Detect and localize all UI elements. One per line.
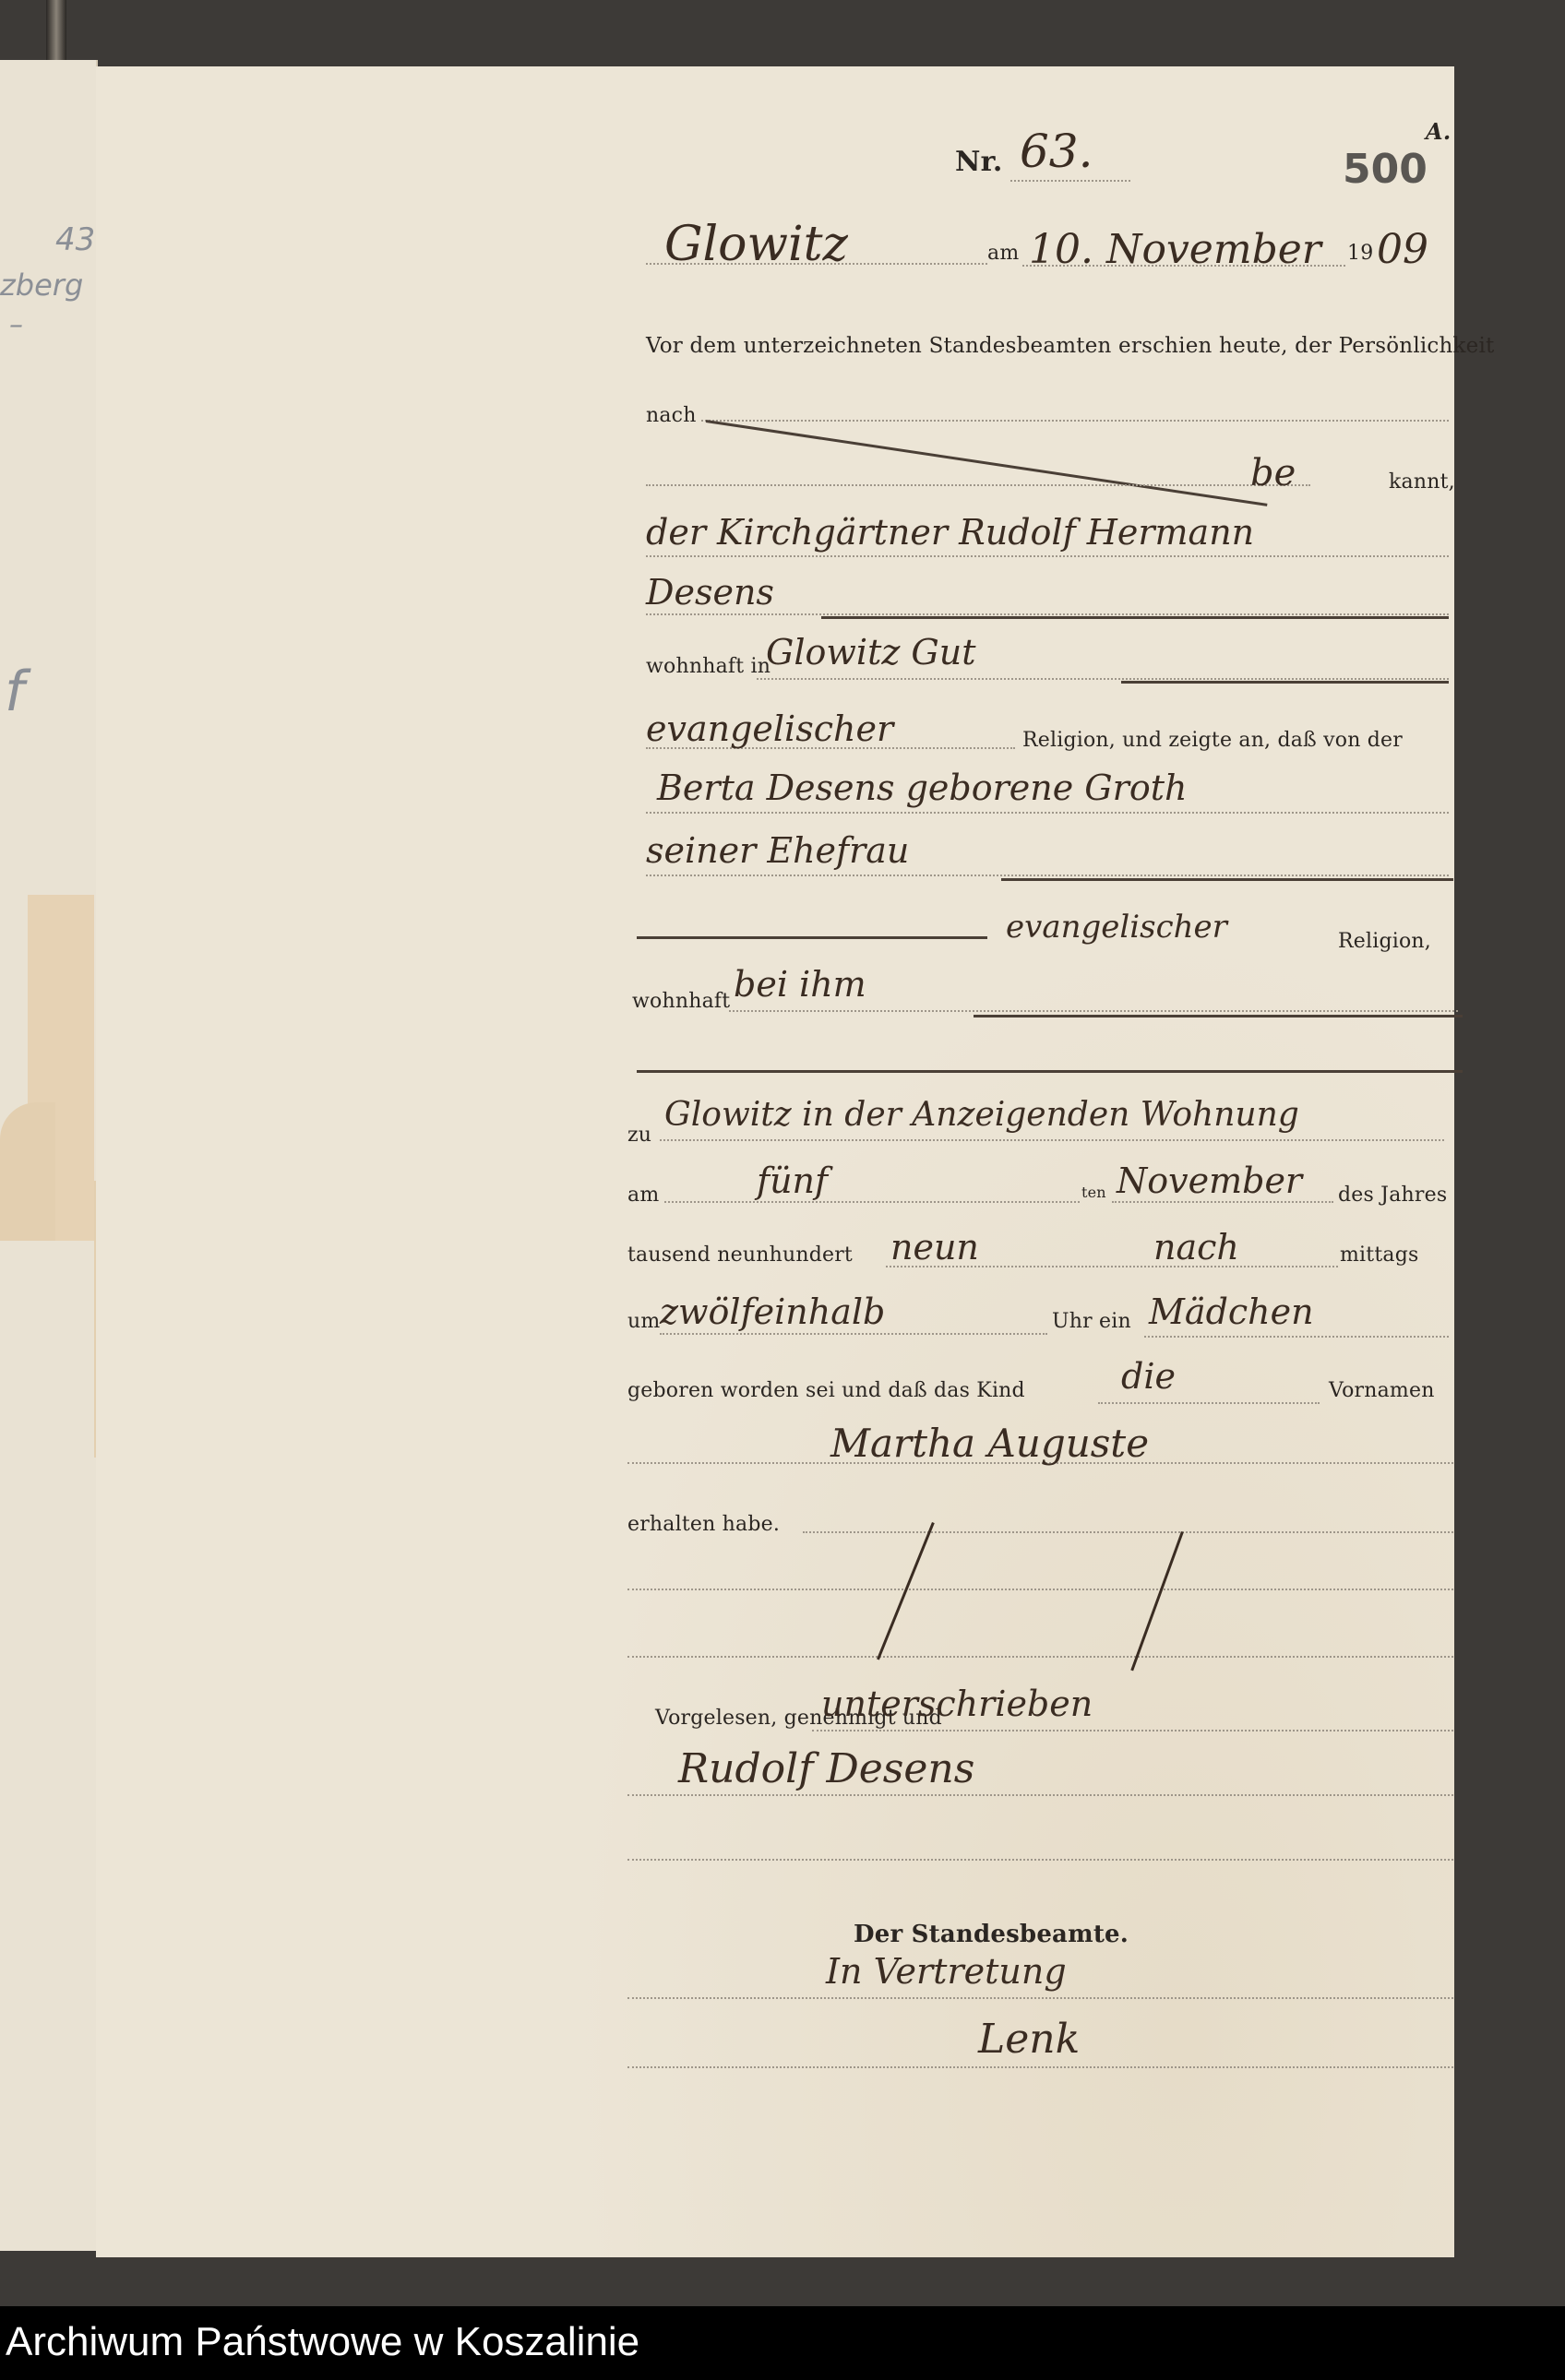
religion2-label: Religion,	[1338, 930, 1431, 953]
dotted-line	[646, 555, 1449, 557]
wohnhaft-value: Glowitz Gut	[766, 632, 976, 672]
nach-value: nach	[1153, 1227, 1239, 1267]
dotted-line	[701, 420, 1449, 422]
kannt-hand: be	[1250, 452, 1296, 494]
wohnhaft-label: wohnhaft in	[646, 655, 771, 678]
archive-caption: Archiwum Państwowe w Koszalinie	[6, 2319, 639, 2365]
dotted-line	[803, 1531, 1453, 1533]
dotted-line	[757, 678, 1449, 680]
fill-rule	[637, 936, 987, 939]
uhr-label: Uhr ein	[1052, 1310, 1131, 1333]
dotted-line	[627, 1997, 1453, 1999]
child-names: Martha Auguste	[830, 1421, 1149, 1466]
left-page-edge: 43 zberg – f	[0, 60, 98, 2251]
dotted-line	[1144, 1336, 1449, 1338]
margin-note: f	[5, 660, 24, 724]
tausend-label: tausend neunhundert	[627, 1244, 853, 1267]
dotted-line	[627, 1656, 1453, 1658]
kannt-label: kannt,	[1389, 470, 1455, 494]
time-value: zwölfeinhalb	[660, 1291, 885, 1332]
fill-rule	[1001, 878, 1453, 881]
religion1-tail: Religion, und zeigte an, daß von der	[1022, 729, 1403, 752]
mittags-label: mittags	[1340, 1244, 1418, 1267]
informant-line2: Desens	[646, 572, 774, 613]
child-sex: Mädchen	[1149, 1291, 1314, 1332]
mother-line2: seiner Ehefrau	[646, 830, 909, 871]
fill-rule	[1121, 681, 1449, 684]
stamp-number: 500	[1343, 146, 1428, 193]
standesbeamte-label: Der Standesbeamte.	[854, 1921, 1129, 1948]
intro-text: Vor dem unterzeichneten Standesbeamten e…	[646, 334, 1494, 358]
fill-rule	[637, 1070, 1463, 1073]
day-value: fünf	[757, 1160, 828, 1201]
margin-note: 43	[55, 221, 95, 258]
scanned-document: 43 zberg – f Nr. 63. 500 A. Glowitz am 1…	[0, 0, 1565, 2306]
dotted-line	[627, 1589, 1453, 1590]
geboren-label: geboren worden sei und daß das Kind	[627, 1379, 1025, 1402]
dotted-line	[1010, 180, 1130, 182]
fill-rule	[821, 616, 1449, 619]
place-value: Glowitz	[664, 217, 848, 272]
informant-line1: der Kirchgärtner Rudolf Hermann	[646, 512, 1254, 553]
number-label: Nr.	[955, 146, 1003, 178]
entry-number: 63.	[1020, 125, 1093, 178]
dotted-line	[729, 1010, 1458, 1012]
zu-value: Glowitz in der Anzeigenden Wohnung	[664, 1096, 1299, 1134]
margin-note: zberg	[0, 268, 83, 303]
date-label: am	[987, 242, 1019, 265]
dotted-line	[646, 812, 1449, 814]
dotted-line	[660, 1139, 1444, 1141]
mother-line1: Berta Desens geborene Groth	[657, 768, 1187, 808]
dotted-line	[646, 484, 1310, 486]
article-value: die	[1121, 1356, 1176, 1397]
dotted-line	[812, 1730, 1453, 1731]
official-line1: In Vertretung	[826, 1951, 1067, 1992]
religion1-value: evangelischer	[646, 708, 893, 749]
paper-stain	[0, 1102, 55, 1241]
dotted-line	[1098, 1402, 1320, 1404]
ten-label: ten	[1081, 1184, 1106, 1201]
date-value: 10. November	[1029, 226, 1321, 273]
wohnhaft2-value: bei ihm	[734, 964, 866, 1005]
year-word: neun	[890, 1227, 979, 1267]
fill-rule	[974, 1015, 1463, 1017]
informant-signature: Rudolf Desens	[678, 1745, 974, 1792]
dotted-line	[646, 875, 1449, 876]
nach-label: nach	[646, 404, 697, 427]
dotted-line	[627, 2066, 1453, 2068]
erhalten-label: erhalten habe.	[627, 1513, 780, 1536]
book-binding	[46, 0, 66, 65]
dotted-line	[1112, 1201, 1333, 1203]
religion2-value: evangelischer	[1006, 909, 1227, 946]
dotted-line	[627, 1794, 1453, 1796]
dotted-line	[664, 1201, 1080, 1203]
month-value: November	[1117, 1160, 1302, 1201]
um-label: um	[627, 1310, 660, 1333]
dotted-line	[660, 1333, 1047, 1335]
vornamen-label: Vornamen	[1329, 1379, 1435, 1402]
wohnhaft2-label: wohnhaft	[632, 990, 730, 1013]
dotted-line	[627, 1859, 1453, 1861]
vorgelesen-value: unterschrieben	[821, 1684, 1093, 1724]
official-signature: Lenk	[978, 2016, 1080, 2063]
archive-caption-bar: Archiwum Państwowe w Koszalinie	[0, 2306, 1565, 2380]
stamp-letter: A.	[1426, 118, 1451, 145]
dotted-line	[646, 613, 1449, 615]
year-suffix: 09	[1377, 226, 1428, 273]
am-label: am	[627, 1184, 659, 1207]
year-prefix: 19	[1347, 242, 1373, 265]
jahres-label: des Jahres	[1338, 1184, 1447, 1207]
margin-note: –	[9, 309, 23, 341]
zu-label: zu	[627, 1124, 651, 1147]
